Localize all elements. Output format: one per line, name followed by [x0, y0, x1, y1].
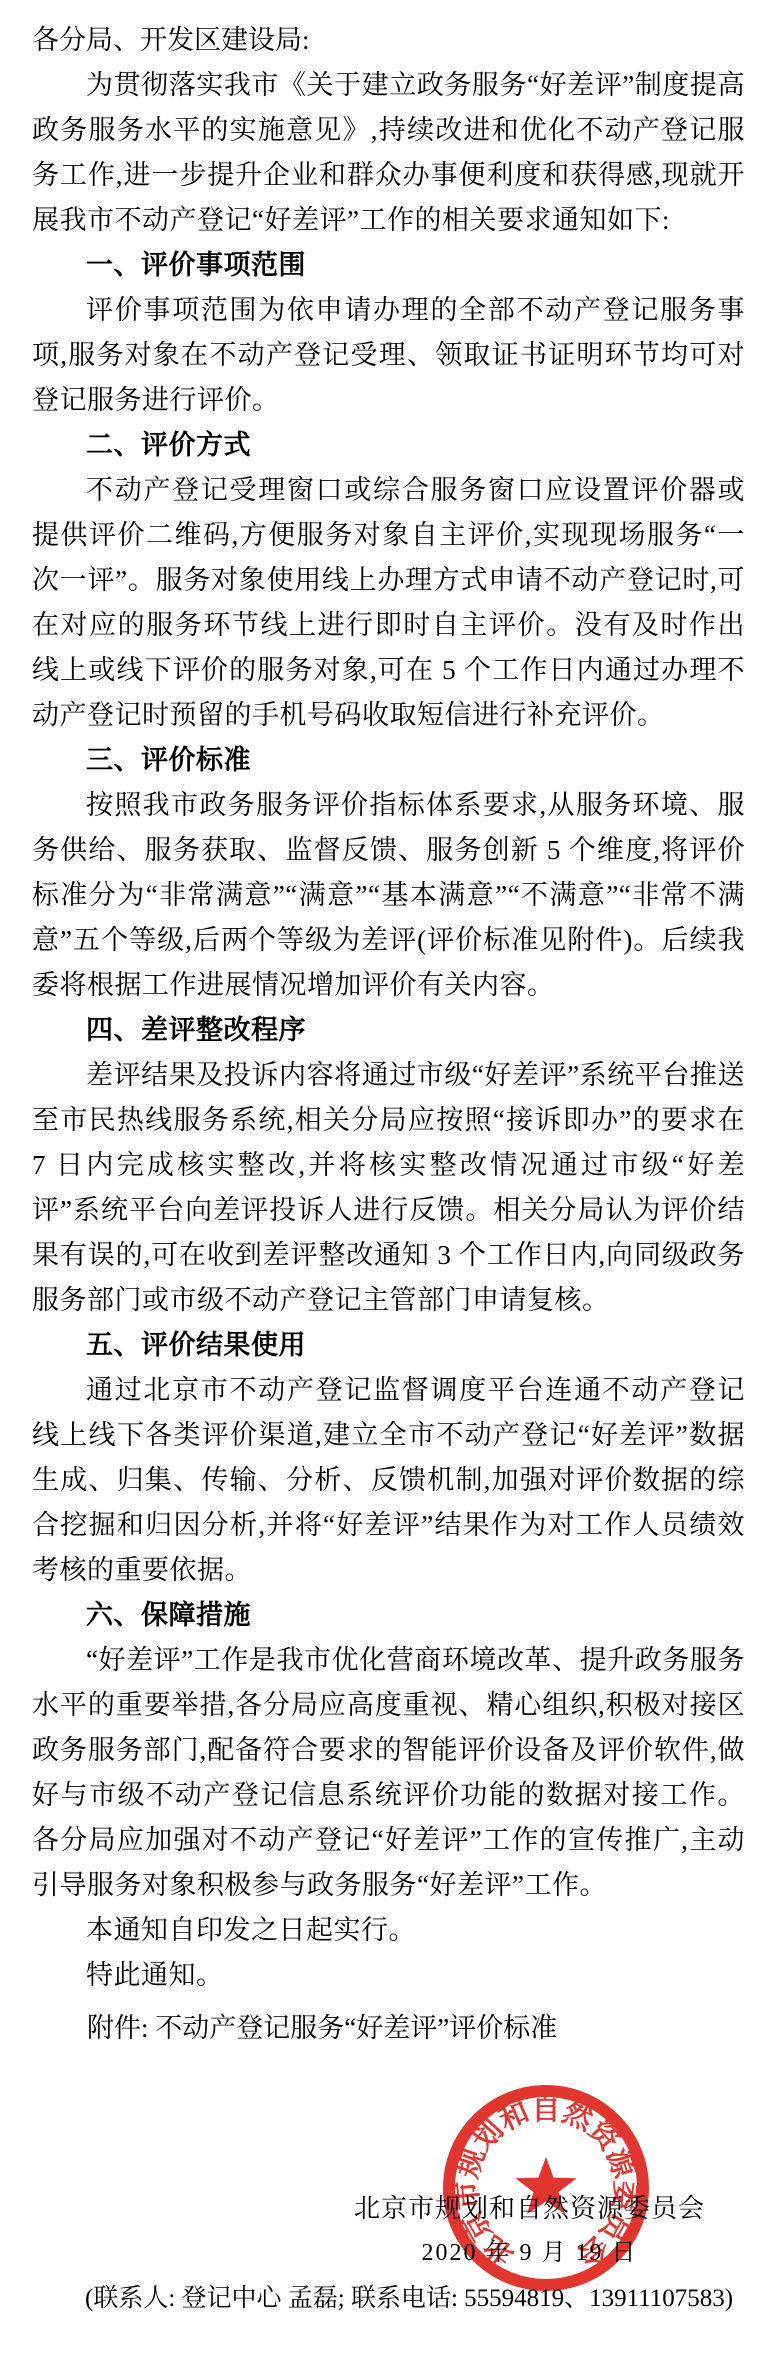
signature-block: 北京市规划和自然资源委员会 2020 年 9 月 19 日 — [354, 2186, 705, 2276]
closing-paragraph-2: 特此通知。 — [32, 1953, 745, 1998]
seal-arc-char: 划 — [466, 2113, 510, 2157]
section-heading-1: 一、评价事项范围 — [32, 243, 745, 288]
body-paragraph: 不动产登记受理窗口或综合服务窗口应设置评价器或提供评价二维码,方便服务对象自主评… — [32, 468, 745, 738]
closing-paragraph-1: 本通知自印发之日起实行。 — [32, 1908, 745, 1953]
body-paragraph: 通过北京市不动产登记监督调度平台连通不动产登记线上线下各类评价渠道,建立全市不动… — [32, 1368, 745, 1593]
seal-arc-char: 和 — [494, 2095, 534, 2137]
salutation-line: 各分局、开发区建设局: — [32, 18, 745, 63]
document-page: 各分局、开发区建设局: 为贯彻落实我市《关于建立政务服务“好差评”制度提高政务服… — [0, 0, 777, 2368]
section-heading-6: 六、保障措施 — [32, 1593, 745, 1638]
section-heading-3: 三、评价标准 — [32, 738, 745, 783]
section-heading-5: 五、评价结果使用 — [32, 1323, 745, 1368]
body-paragraph: 差评结果及投诉内容将通过市级“好差评”系统平台推送至市民热线服务系统,相关分局应… — [32, 1053, 745, 1323]
attachment-line: 附件: 不动产登记服务“好差评”评价标准 — [87, 2006, 557, 2051]
seal-arc-char: 源 — [600, 2144, 641, 2183]
issuer-line: 北京市规划和自然资源委员会 — [354, 2186, 705, 2231]
seal-arc-char: 自 — [531, 2093, 560, 2126]
body-paragraph: “好差评”工作是我市优化营商环境改革、提升政务服务水平的重要举措,各分局应高度重… — [32, 1638, 745, 1908]
seal-arc-char: 规 — [451, 2144, 492, 2182]
sections-container: 一、评价事项范围评价事项范围为依申请办理的全部不动产登记服务事项,服务对象在不动… — [32, 243, 745, 1908]
contact-line: (联系人: 登记中心 孟磊; 联系电话: 55594819、1391110758… — [85, 2276, 733, 2321]
closing-container: 本通知自印发之日起实行。特此通知。 — [32, 1908, 745, 1998]
date-line: 2020 年 9 月 19 日 — [354, 2231, 705, 2276]
section-heading-2: 二、评价方式 — [32, 423, 745, 468]
body-paragraph: 按照我市政务服务评价指标体系要求,从服务环境、服务供给、服务获取、监督反馈、服务… — [32, 783, 745, 1008]
intro-paragraph: 为贯彻落实我市《关于建立政务服务“好差评”制度提高政务服务水平的实施意见》,持续… — [32, 63, 745, 243]
body-paragraph: 评价事项范围为依申请办理的全部不动产登记服务事项,服务对象在不动产登记受理、领取… — [32, 288, 745, 423]
section-heading-4: 四、差评整改程序 — [32, 1008, 745, 1053]
seal-arc-char: 然 — [558, 2094, 599, 2137]
seal-arc-char: 资 — [582, 2113, 627, 2158]
